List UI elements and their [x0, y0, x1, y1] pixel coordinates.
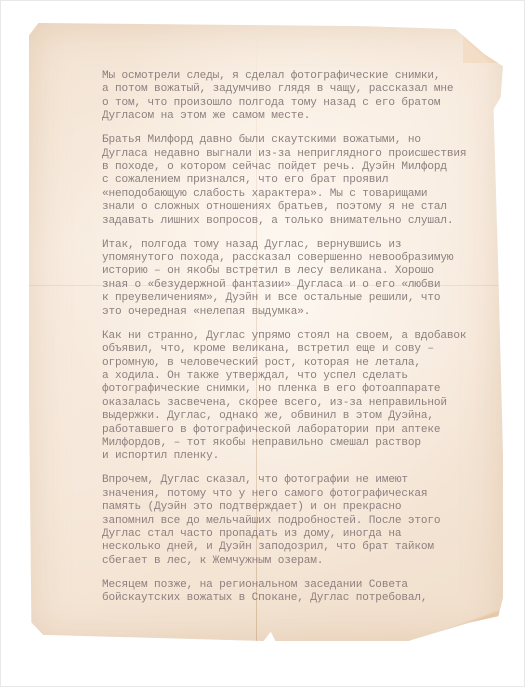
- text-line: Дугласа недавно выгнали из-за неприглядн…: [102, 148, 502, 161]
- text-line: выдержки. Дуглас, однако же, обвинил в э…: [102, 410, 502, 423]
- text-line: упомянутого похода, рассказал совершенно…: [102, 252, 502, 265]
- text-line: задавать лишних вопросов, а только внима…: [102, 215, 502, 228]
- text-line: а ходила. Он также утверждал, что успел …: [102, 370, 502, 383]
- text-line: огромную, в человеческий рост, которая н…: [102, 357, 502, 370]
- text-line: запомнил все до мельчайших подробностей.…: [102, 515, 502, 528]
- paragraph: Месяцем позже, на региональном заседании…: [102, 579, 502, 606]
- text-line: Дуглас стал часто пропадать из дому, ино…: [102, 528, 502, 541]
- text-line: фотографические снимки, но пленка в его …: [102, 383, 502, 396]
- text-line: о том, что произошло полгода тому назад …: [102, 97, 502, 110]
- text-line: значения, потому что у него самого фотог…: [102, 488, 502, 501]
- text-line: Мы осмотрели следы, я сделал фотографиче…: [102, 70, 502, 83]
- text-line: Дугласом на этом же самом месте.: [102, 110, 502, 123]
- paragraph: Как ни странно, Дуглас упрямо стоял на с…: [102, 330, 502, 464]
- text-line: объявил, что, кроме великана, встретил е…: [102, 343, 502, 356]
- text-line: память (Дуэйн это подтверждает) и он пре…: [102, 501, 502, 514]
- text-line: сбегает в лес, к Жемчужным озерам.: [102, 555, 502, 568]
- text-line: с сожалением признался, что его брат про…: [102, 174, 502, 187]
- text-line: к преувеличениям», Дуэйн и все остальные…: [102, 292, 502, 305]
- text-line: работавшего в фотографической лаборатори…: [102, 424, 502, 437]
- text-line: Впрочем, Дуглас сказал, что фотографии н…: [102, 474, 502, 487]
- text-line: знали о сложных отношениях братьев, поэт…: [102, 201, 502, 214]
- text-line: Итак, полгода тому назад Дуглас, вернувш…: [102, 239, 502, 252]
- text-line: Месяцем позже, на региональном заседании…: [102, 579, 502, 592]
- text-line: это очередная «нелепая выдумка».: [102, 306, 502, 319]
- text-line: бойскаутских вожатых в Спокане, Дуглас п…: [102, 592, 502, 605]
- text-line: Милфордов, – тот якобы неправильно смеша…: [102, 437, 502, 450]
- document-body: Мы осмотрели следы, я сделал фотографиче…: [102, 70, 502, 616]
- torn-corner-top-right: [463, 23, 503, 63]
- paragraph: Братья Милфорд давно были скаутскими вож…: [102, 134, 502, 228]
- paragraph: Итак, полгода тому назад Дуглас, вернувш…: [102, 239, 502, 319]
- text-line: а потом вожатый, задумчиво глядя в чащу,…: [102, 83, 502, 96]
- text-line: историю – он якобы встретил в лесу велик…: [102, 265, 502, 278]
- text-line: «неподобающую слабость характера». Мы с …: [102, 188, 502, 201]
- text-line: в походе, о котором сейчас пойдет речь. …: [102, 161, 502, 174]
- paragraph: Мы осмотрели следы, я сделал фотографиче…: [102, 70, 502, 124]
- text-line: несколько дней, и Дуэйн заподозрил, что …: [102, 541, 502, 554]
- text-line: зная о «безудержной фантазии» Дугласа и …: [102, 279, 502, 292]
- text-line: и испортил пленку.: [102, 450, 502, 463]
- text-line: Как ни странно, Дуглас упрямо стоял на с…: [102, 330, 502, 343]
- paragraph: Впрочем, Дуглас сказал, что фотографии н…: [102, 474, 502, 568]
- text-line: Братья Милфорд давно были скаутскими вож…: [102, 134, 502, 147]
- text-line: оказалась засвечена, скорее всего, из-за…: [102, 397, 502, 410]
